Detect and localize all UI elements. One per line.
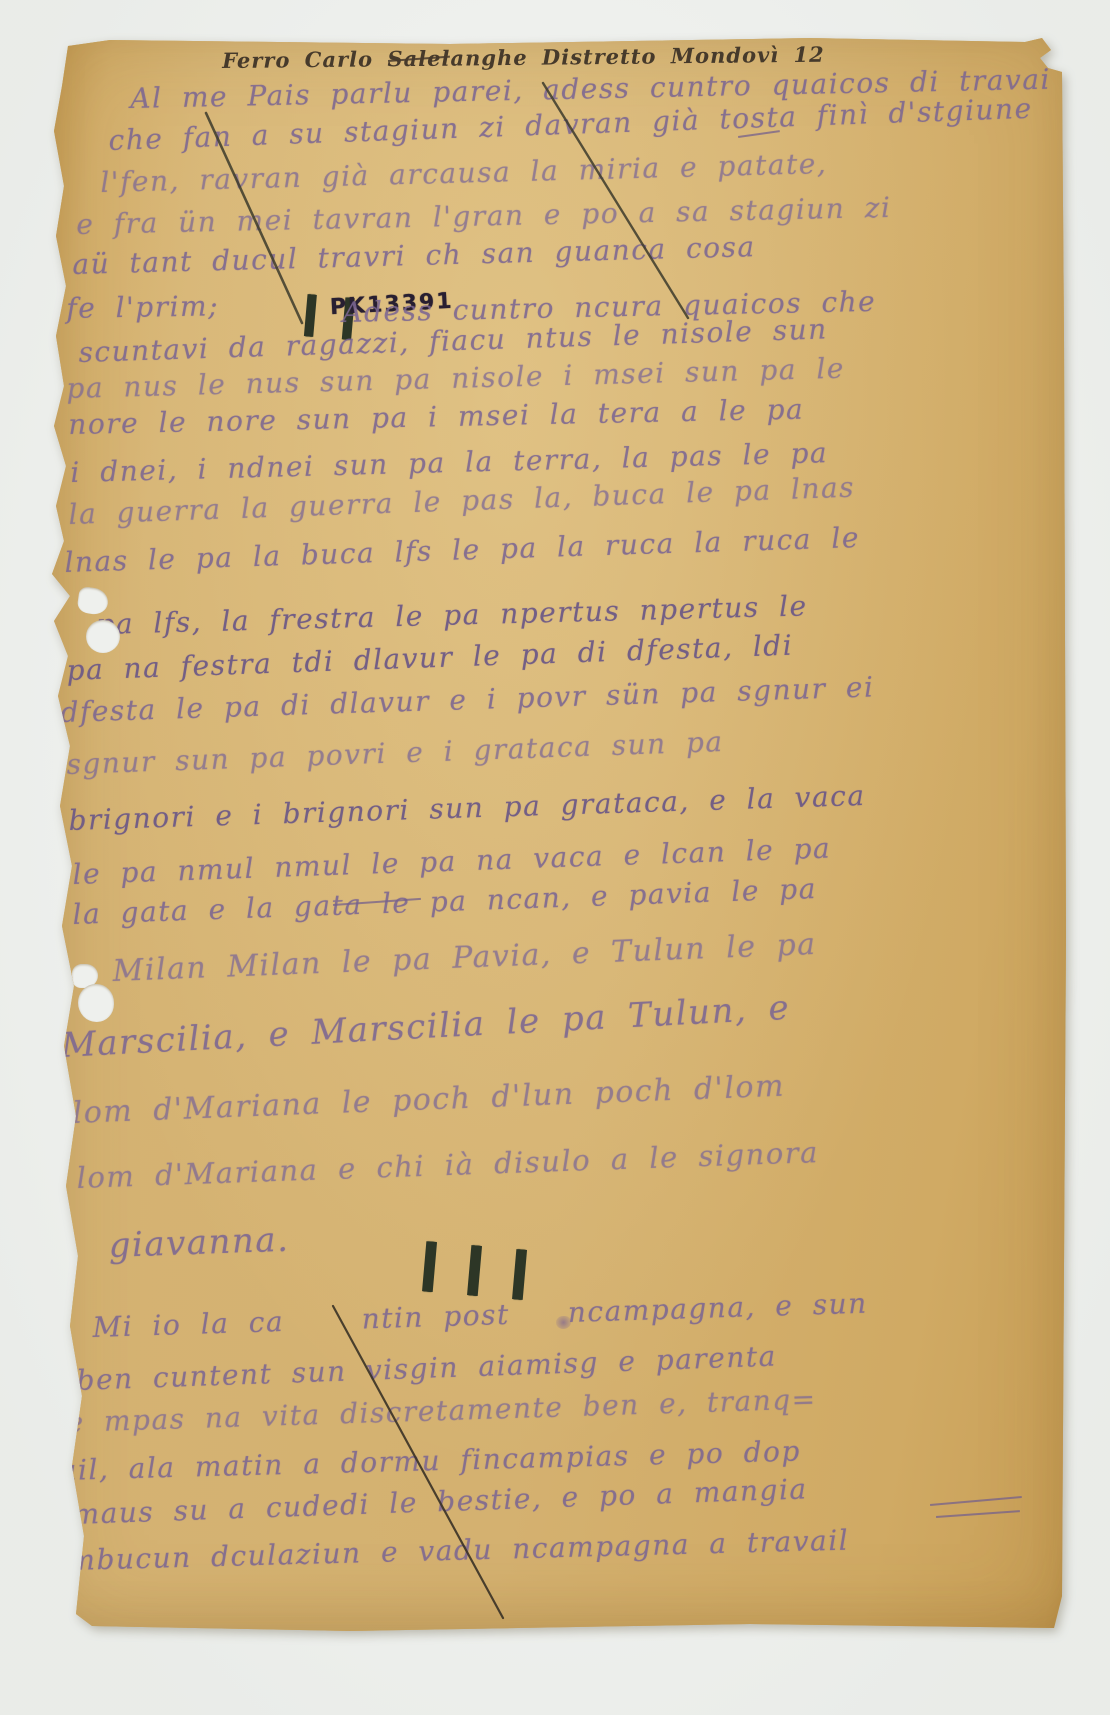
manuscript-line: lom d'Mariana le poch d'lun poch d'lom [72,1069,786,1131]
manuscript-page: Ferro Carlo Salelanghe Distretto Mondovì… [50,36,1068,1634]
section-mark-triple: ||| [405,1232,545,1302]
manuscript-line: giavanna. [108,1220,290,1266]
manuscript-line: sgnur sun pa povri e i grataca sun pa [66,725,724,781]
manuscript-line: l'fen, ravran già arcausa la miria e pat… [100,147,828,199]
punch-hole [86,620,120,653]
manuscript-line: e fra ün mei tavran l'gran e po a sa sta… [76,191,892,241]
punch-hole [78,984,114,1022]
manuscript-line: Marscilia, e Marscilia le pa Tulun, e [60,988,791,1066]
manuscript-line: brignori e i brignori sun pa grataca, e … [68,779,866,837]
manuscript-header: Ferro Carlo Salelanghe Distretto Mondovì… [222,42,825,73]
manuscript-line: mbucun dculaziun e vadu ncampagna a trav… [68,1524,850,1577]
correction-stroke [930,1496,1022,1506]
manuscript-line: Milan Milan le pa Pavia, e Tulun le pa [112,927,817,989]
manuscript-line: lnas le pa la buca lfs le pa la ruca la … [64,521,860,579]
correction-stroke [936,1510,1020,1518]
manuscript-line: fe l'prim; [66,289,219,325]
manuscript-line: lom d'Mariana e chi ià disulo a le signo… [76,1135,819,1195]
